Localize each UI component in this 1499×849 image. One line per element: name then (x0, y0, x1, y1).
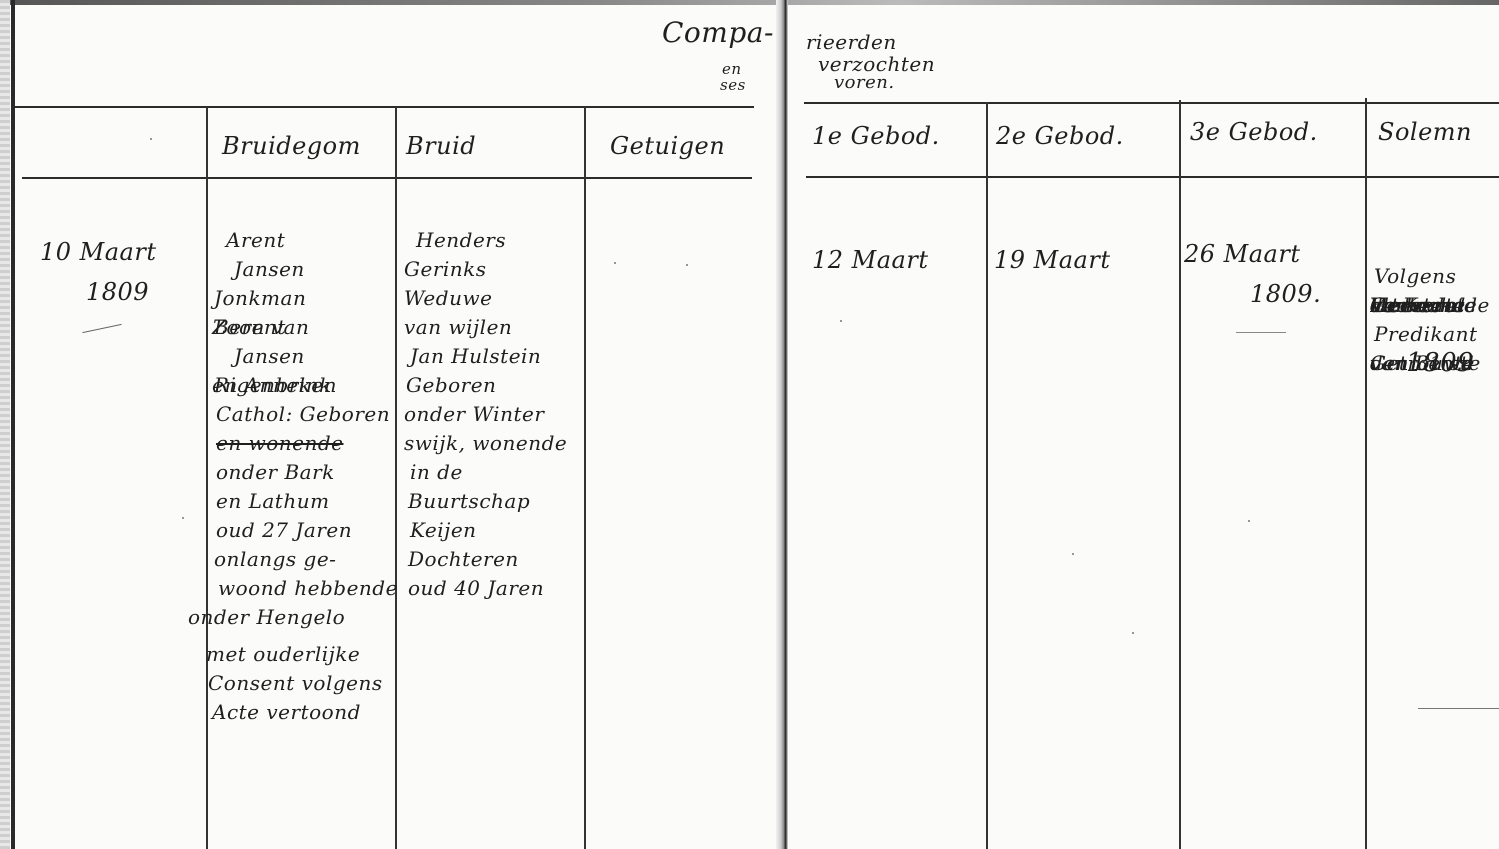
groom-line: onder Bark (216, 458, 396, 487)
groom-line: onder Hengelo (188, 603, 368, 632)
bride-line: swijk, wonende (404, 429, 567, 458)
bride-line: Jan Hulstein (410, 342, 573, 371)
right-header-top-rule (804, 102, 1499, 104)
speck (182, 517, 184, 519)
solemnization-underline (1418, 708, 1499, 709)
third-banns-date: 26 Maart (1184, 240, 1300, 269)
right-top-annotation-3: voren. (834, 72, 895, 93)
speck (520, 590, 522, 592)
groom-line: en Lathum (216, 487, 396, 516)
groom-line: Jansen (234, 255, 414, 284)
header-solemnization: Solemn (1378, 118, 1472, 146)
solemnization-year: 1809 (1406, 349, 1499, 378)
page-left-border (11, 0, 15, 849)
header-groom: Bruidegom (222, 132, 361, 160)
groom-line: oud 27 Jaren (216, 516, 396, 545)
left-top-annotation-1: Compa- (662, 16, 774, 49)
speck (1248, 520, 1250, 522)
groom-line: Rigenbrink (214, 371, 394, 400)
solemnization-line: Predikant (1374, 320, 1499, 349)
second-banns-date: 19 Maart (994, 246, 1110, 275)
header-second-banns: 2e Gebod. (996, 122, 1124, 150)
groom-line: Jonkman (214, 284, 394, 313)
groom-line: Acte vertoond (212, 698, 392, 727)
bride-line: Gerinks (404, 255, 567, 284)
left-top-annotation-2: en (722, 62, 742, 77)
bride-line: Henders (416, 226, 579, 255)
bride-line: onder Winter (404, 400, 567, 429)
entry-date-day-month: 10 Maart (40, 238, 156, 267)
right-col-divider-3 (1365, 98, 1367, 849)
left-top-annotation-3: ses (720, 78, 746, 93)
first-banns-date: 12 Maart (812, 246, 928, 275)
solemnization-line: Volgens (1374, 262, 1499, 291)
bride-line: Weduwe (404, 284, 567, 313)
speck (150, 138, 152, 140)
groom-line: onlangs ge- (214, 545, 394, 574)
groom-line: Cathol: Geboren (216, 400, 396, 429)
bride-line: Dochteren (408, 545, 571, 574)
groom-line: met ouderlijke (206, 640, 386, 669)
solemnization-line: door de (1376, 291, 1499, 320)
bride-line: in de (410, 458, 573, 487)
speck (686, 264, 688, 266)
right-header-bottom-rule (806, 176, 1499, 178)
speck (614, 262, 616, 264)
faint-dash (1236, 332, 1286, 333)
header-witnesses: Getuigen (610, 132, 725, 160)
page-left-edge (0, 0, 10, 849)
bride-line: Keijen (410, 516, 573, 545)
right-top-annotation-1: rieerden (806, 30, 897, 54)
speck (1132, 632, 1134, 634)
speck (840, 320, 842, 322)
groom-entry: Arent Jansen Jonkman Zoon van Berent Jan… (212, 226, 392, 719)
bride-entry: Henders Gerinks Weduwe van wijlen Jan Hu… (402, 226, 565, 603)
third-banns-year: 1809. (1250, 280, 1321, 309)
book-gutter (776, 0, 788, 849)
groom-line: Consent volgens (208, 669, 388, 698)
left-col-divider-3 (584, 107, 586, 849)
bride-line: van wijlen (404, 313, 567, 342)
solemnization-entry: Volgens Vertoond attest. te Lochem de Ke… (1370, 262, 1499, 378)
right-col-divider-1 (986, 102, 988, 849)
bride-line: Buurtschap (408, 487, 571, 516)
left-col-divider-1 (206, 107, 208, 849)
groom-line: woond hebbende (218, 574, 398, 603)
left-header-bottom-rule (22, 177, 752, 179)
header-third-banns: 3e Gebod. (1190, 118, 1318, 146)
header-bride: Bruid (406, 132, 476, 160)
header-first-banns: 1e Gebod. (812, 122, 940, 150)
date-underline-mark (82, 324, 121, 333)
bride-line: oud 40 Jaren (408, 574, 571, 603)
right-col-divider-2 (1179, 100, 1181, 849)
entry-date-year: 1809 (86, 278, 149, 307)
speck (1072, 553, 1074, 555)
left-header-top-rule (14, 106, 754, 108)
groom-line: Berent (214, 313, 394, 342)
groom-line: Jansen (234, 342, 414, 371)
groom-line-struck: en wonende (216, 429, 396, 458)
groom-line: Arent (226, 226, 406, 255)
bride-line: Geboren (406, 371, 569, 400)
page-top-edge (0, 0, 1499, 5)
